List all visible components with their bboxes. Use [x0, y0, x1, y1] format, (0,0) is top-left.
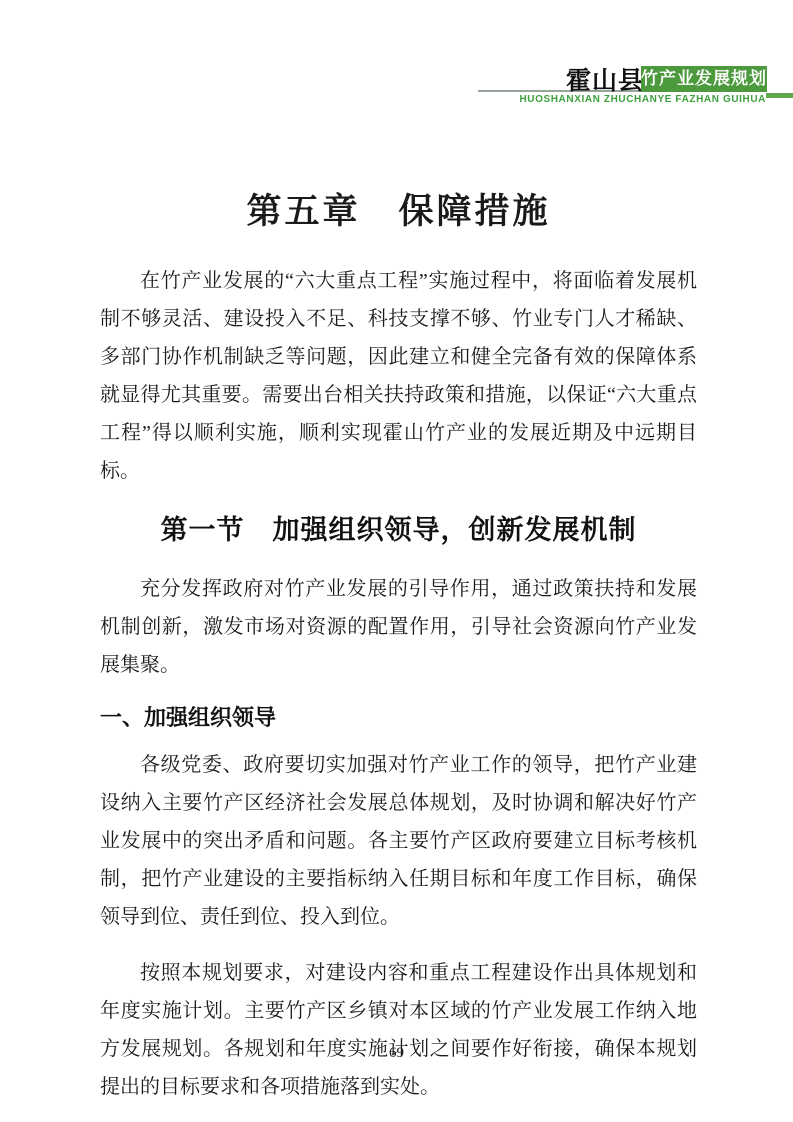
- document-page: 霍山县 竹产业发展规划 HUOSHANXIAN ZHUCHANYE FAZHAN…: [0, 0, 793, 1122]
- subsection-title: 一、加强组织领导: [100, 702, 697, 734]
- chapter-intro-paragraph: 在竹产业发展的“六大重点工程”实施过程中，将面临着发展机制不够灵活、建设投入不足…: [100, 262, 697, 490]
- header-green-tail-bar: [766, 93, 793, 98]
- chapter-title: 第五章 保障措施: [100, 190, 697, 234]
- main-content: 第五章 保障措施 在竹产业发展的“六大重点工程”实施过程中，将面临着发展机制不够…: [100, 0, 697, 1106]
- page-number: 69: [0, 1045, 793, 1062]
- subsection-paragraph-1: 各级党委、政府要切实加强对竹产业工作的领导，把竹产业建设纳入主要竹产区经济社会发…: [100, 746, 697, 936]
- section-intro-paragraph: 充分发挥政府对竹产业发展的引导作用，通过政策扶持和发展机制创新，激发市场对资源的…: [100, 570, 697, 684]
- subsection-paragraph-2: 按照本规划要求，对建设内容和重点工程建设作出具体规划和年度实施计划。主要竹产区乡…: [100, 954, 697, 1106]
- section-title: 第一节 加强组织领导，创新发展机制: [100, 512, 697, 548]
